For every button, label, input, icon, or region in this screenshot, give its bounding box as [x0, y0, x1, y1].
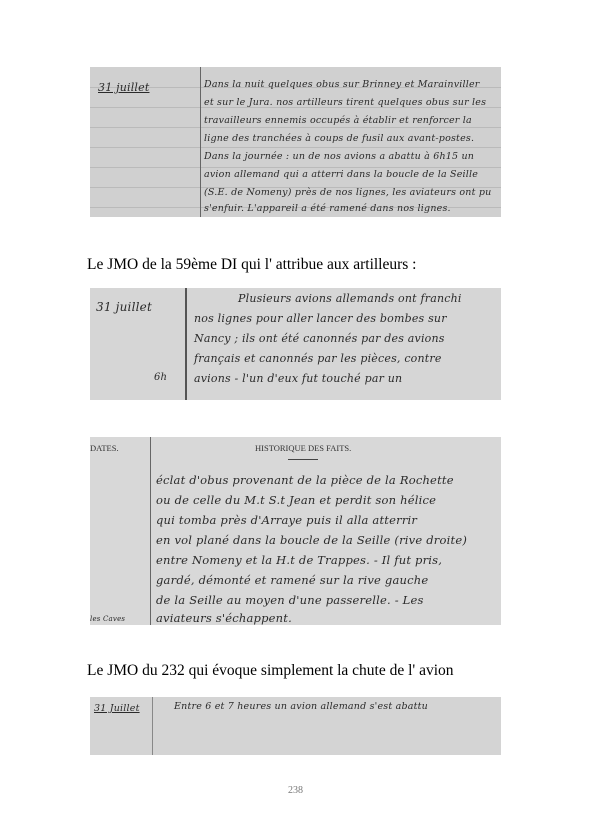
handwritten-line: Entre 6 et 7 heures un avion allemand s'…	[174, 701, 428, 712]
handwritten-line: de la Seille au moyen d'une passerelle. …	[156, 593, 424, 607]
page-number: 238	[0, 785, 591, 796]
handwritten-line: Plusieurs avions allemands ont franchi	[238, 292, 462, 305]
caption-232: Le JMO du 232 qui évoque simplement la c…	[87, 662, 454, 680]
archive-scan-3: DATES. HISTORIQUE DES FAITS. les Caves é…	[90, 437, 501, 625]
column-divider	[150, 437, 151, 625]
handwritten-line: ou de celle du M.t S.t Jean et perdit so…	[156, 493, 436, 507]
archive-scan-1: 31 juillet Dans la nuit quelques obus su…	[90, 67, 501, 217]
handwritten-line: (S.E. de Nomeny) près de nos lignes, les…	[204, 187, 491, 198]
entry-date: 31 juillet	[98, 81, 149, 94]
header-underline	[288, 459, 318, 460]
entry-date: 31 Juillet	[94, 703, 140, 714]
entry-date: 31 juillet	[96, 300, 152, 314]
handwritten-line: travailleurs ennemis occupés à établir e…	[204, 115, 472, 126]
handwritten-line: Dans la nuit quelques obus sur Brinney e…	[204, 79, 480, 90]
column-divider	[200, 67, 201, 217]
entry-time: 6h	[154, 372, 167, 383]
column-header-dates: DATES.	[90, 443, 119, 453]
handwritten-line: s'enfuir. L'appareil a été ramené dans n…	[204, 203, 451, 214]
handwritten-line: éclat d'obus provenant de la pièce de la…	[156, 473, 454, 487]
column-divider	[152, 697, 153, 755]
archive-scan-4: 31 Juillet Entre 6 et 7 heures un avion …	[90, 697, 501, 755]
caption-59e-di: Le JMO de la 59ème DI qui l' attribue au…	[87, 256, 417, 274]
archive-scan-2: 31 juillet 6h Plusieurs avions allemands…	[90, 288, 501, 400]
handwritten-line: entre Nomeny et la H.t de Trappes. - Il …	[156, 553, 442, 567]
handwritten-line: Dans la journée : un de nos avions a aba…	[204, 151, 474, 162]
margin-note: les Caves	[90, 615, 125, 623]
handwritten-line: nos lignes pour aller lancer des bombes …	[194, 312, 447, 325]
handwritten-line: avion allemand qui a atterri dans la bou…	[204, 169, 478, 180]
handwritten-line: et sur le Jura. nos artilleurs tirent qu…	[204, 97, 486, 108]
handwritten-line: qui tomba près d'Arraye puis il alla att…	[156, 513, 417, 527]
column-divider	[185, 288, 187, 400]
column-header-facts: HISTORIQUE DES FAITS.	[255, 443, 351, 453]
handwritten-line: français et canonnés par les pièces, con…	[194, 352, 442, 365]
handwritten-line: Nancy ; ils ont été canonnés par des avi…	[194, 332, 445, 345]
handwritten-line: avions - l'un d'eux fut touché par un	[194, 372, 402, 385]
handwritten-line: ligne des tranchées à coups de fusil aux…	[204, 133, 474, 144]
handwritten-line: gardé, démonté et ramené sur la rive gau…	[156, 573, 428, 587]
handwritten-line: aviateurs s'échappent.	[156, 611, 292, 625]
handwritten-line: en vol plané dans la boucle de la Seille…	[156, 533, 467, 547]
